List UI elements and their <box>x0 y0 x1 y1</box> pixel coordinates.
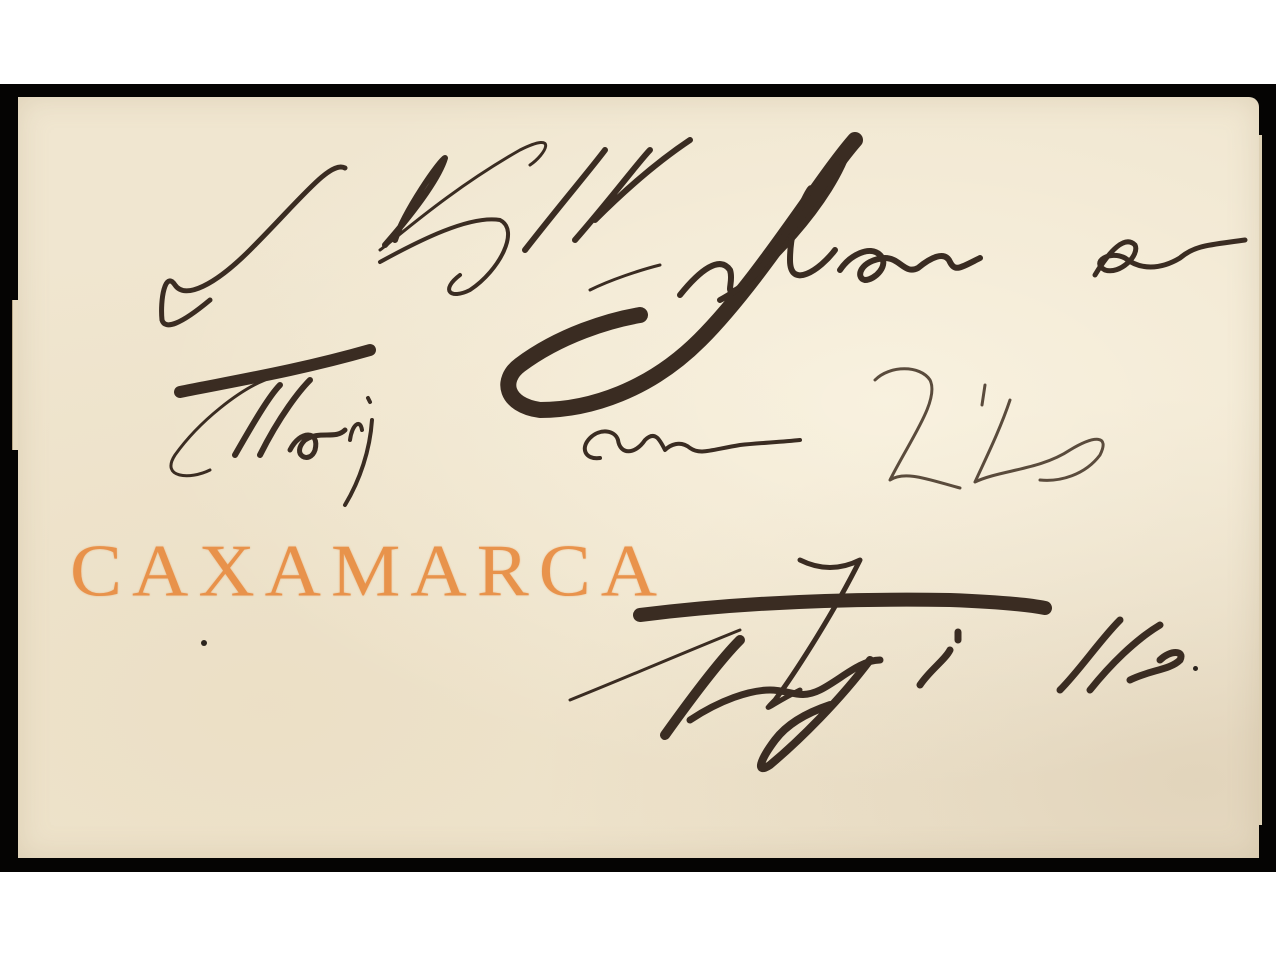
ink-dot <box>201 640 207 646</box>
handwritten-address <box>0 0 1276 956</box>
ink-dot-period <box>1193 666 1198 671</box>
